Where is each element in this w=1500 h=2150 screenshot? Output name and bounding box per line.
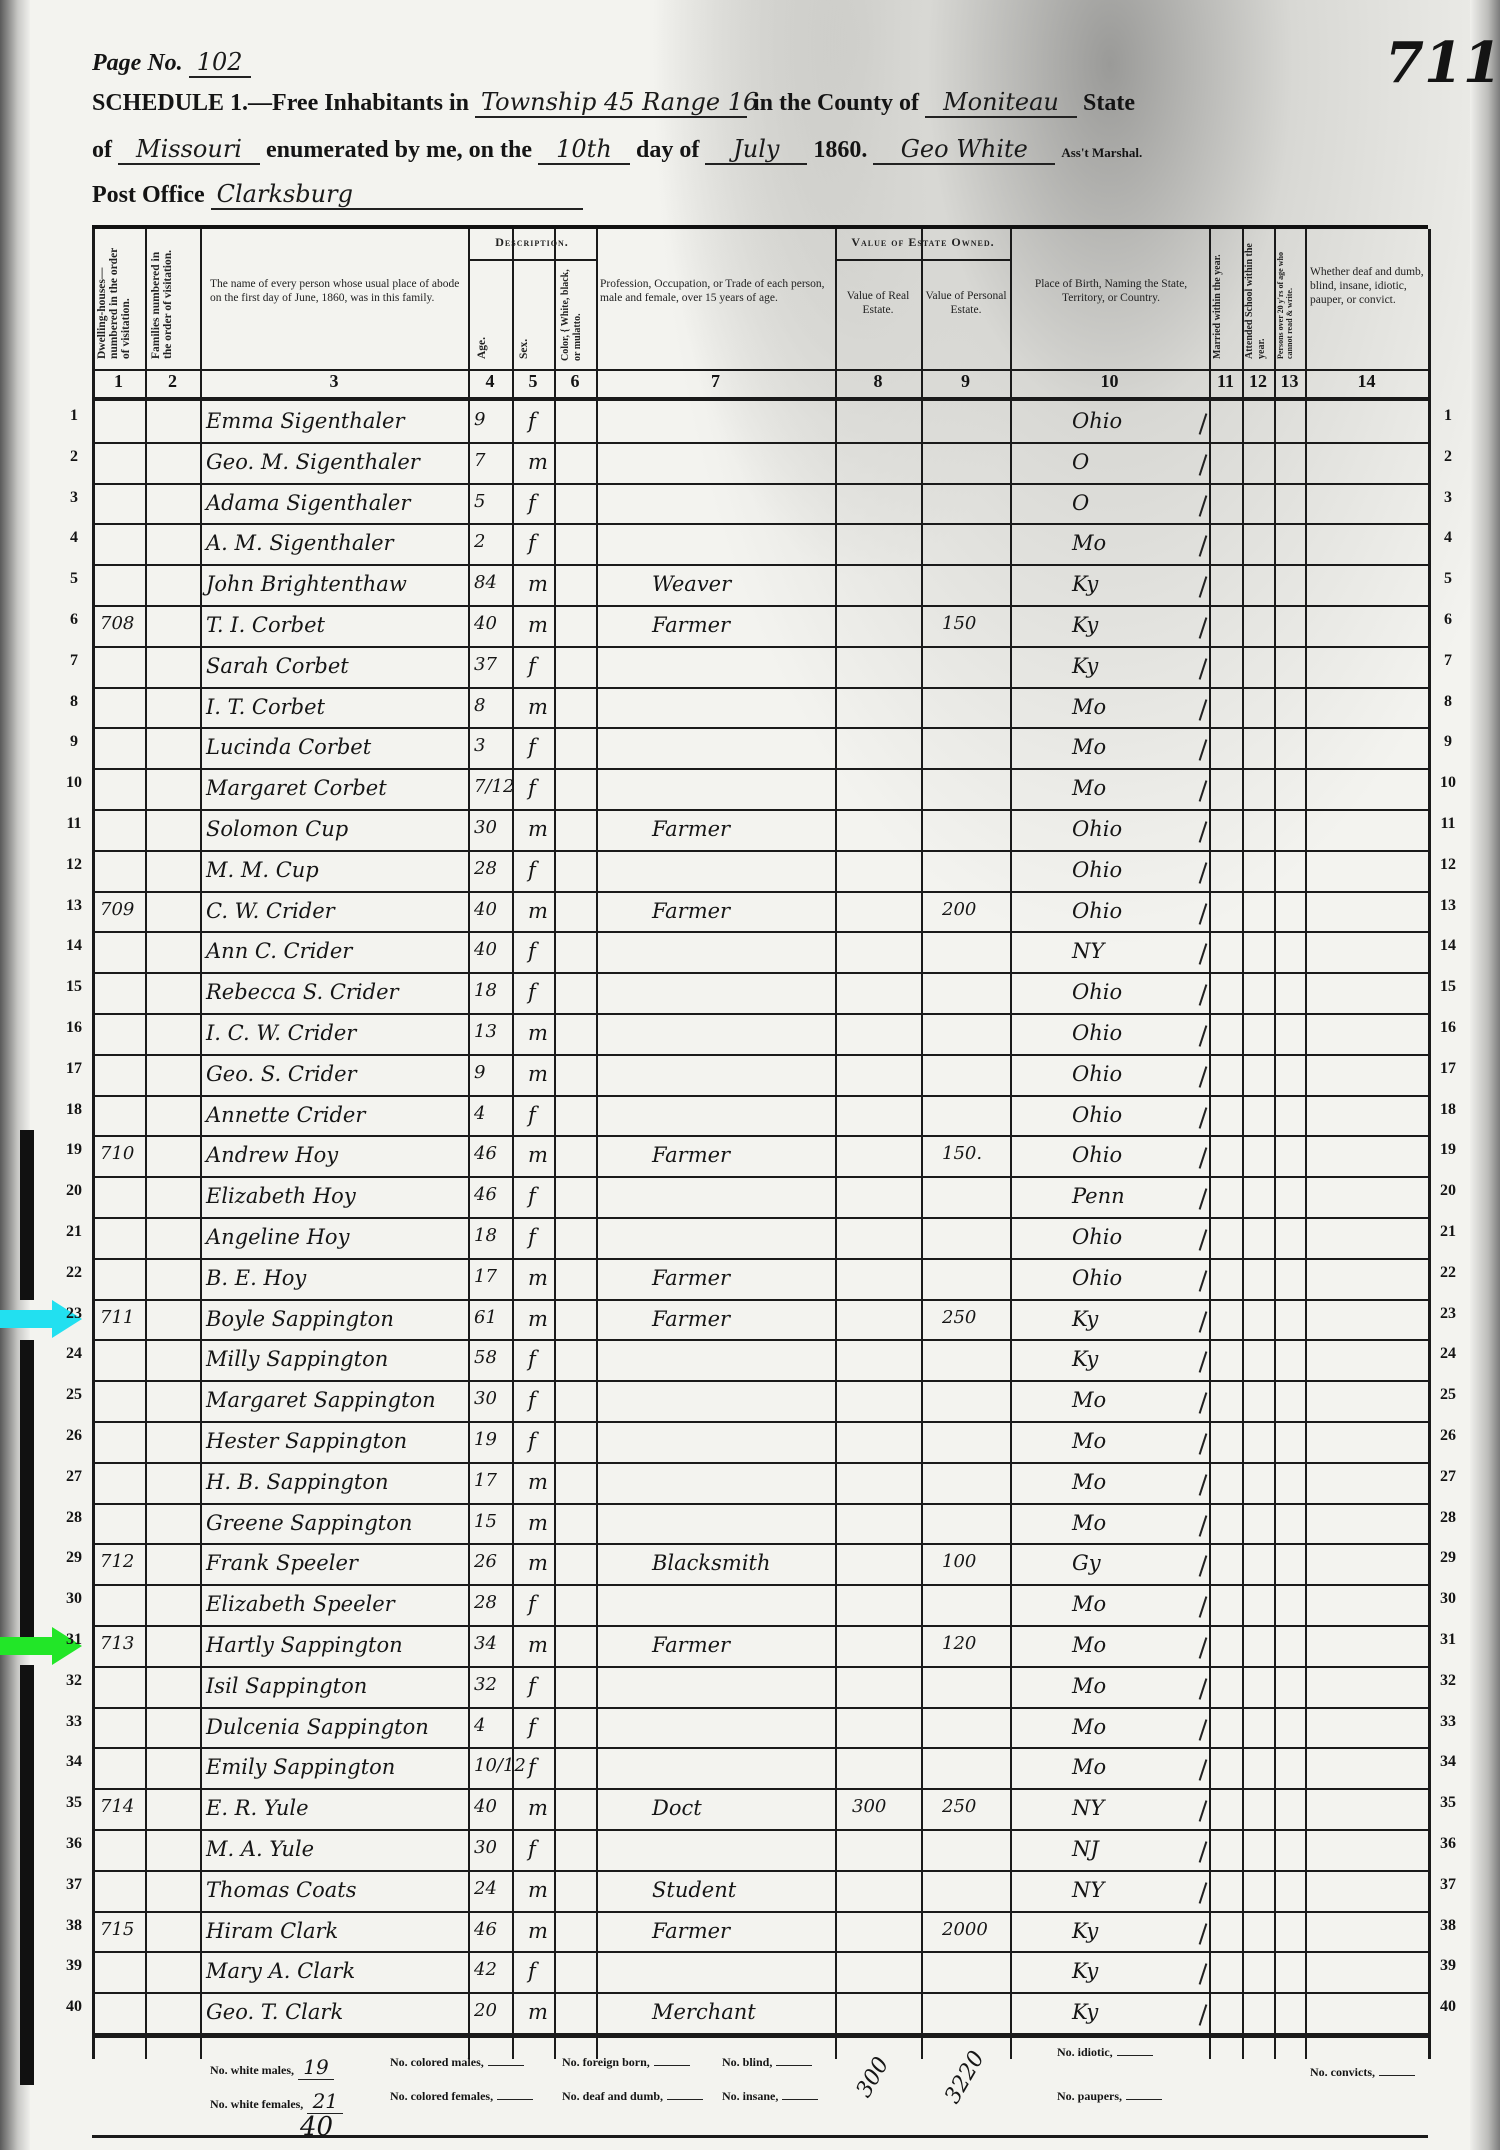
person-name: Angeline Hoy	[206, 1225, 349, 1249]
line-number-right: 4	[1432, 529, 1464, 547]
place-of-birth: Ky	[1072, 1959, 1098, 1983]
table-row: B. E. Hoy17mFarmerOhio	[92, 1258, 1428, 1299]
person-name: Lucinda Corbet	[206, 735, 371, 759]
tally-mark	[1199, 943, 1208, 965]
person-name: Geo. M. Sigenthaler	[206, 450, 420, 474]
place-of-birth: Mo	[1072, 1633, 1106, 1657]
post-office-field: Clarksburg	[211, 180, 583, 210]
enumerated-label: enumerated by me, on the	[266, 137, 532, 163]
col8-header: Value of Real Estate.	[837, 289, 919, 317]
line-number-right: 17	[1432, 1060, 1464, 1078]
foreign-born-value	[654, 2065, 690, 2066]
table-row: Lucinda Corbet3fMo	[92, 727, 1428, 768]
age: 7	[474, 450, 485, 471]
column-number: 6	[554, 371, 596, 392]
line-number-right: 23	[1432, 1305, 1464, 1323]
line-number-right: 39	[1432, 1957, 1464, 1975]
person-name: Boyle Sappington	[206, 1307, 394, 1331]
person-name: I. T. Corbet	[206, 695, 325, 719]
table-row: 713Hartly Sappington34mFarmer120Mo	[92, 1625, 1428, 1666]
tally-mark	[1199, 1229, 1208, 1251]
tally-mark	[1199, 984, 1208, 1006]
tally-mark	[1199, 699, 1208, 721]
table-row: Solomon Cup30mFarmerOhio	[92, 809, 1428, 850]
convicts-label: No. convicts,	[1310, 2065, 1375, 2079]
age: 30	[474, 1837, 497, 1858]
line-number-right: 29	[1432, 1549, 1464, 1567]
table-row: Ann C. Crider40fNY	[92, 931, 1428, 972]
line-number-left: 33	[58, 1713, 90, 1731]
bottom-tally: 40	[300, 2112, 333, 2142]
col4-header: Age.	[476, 311, 500, 359]
person-name: Isil Sappington	[206, 1674, 367, 1698]
sex: f	[528, 1429, 536, 1453]
line-number-right: 20	[1432, 1182, 1464, 1200]
line-number-right: 13	[1432, 897, 1464, 915]
foreign-born: No. foreign born,	[562, 2055, 690, 2070]
sex: f	[528, 1959, 536, 1983]
line-number-left: 19	[58, 1141, 90, 1159]
line-number-right: 9	[1432, 733, 1464, 751]
tally-mark	[1199, 1637, 1208, 1659]
corner-number: 711	[1385, 30, 1500, 96]
place-of-birth: Ohio	[1072, 1225, 1122, 1249]
place-of-birth: NY	[1072, 939, 1104, 963]
sex: f	[528, 531, 536, 555]
column-number: 2	[145, 371, 200, 392]
tally-mark	[1199, 1392, 1208, 1414]
line-number-left: 8	[58, 693, 90, 711]
person-name: Margaret Corbet	[206, 776, 387, 800]
line-number-right: 12	[1432, 856, 1464, 874]
line-number-left: 6	[58, 611, 90, 629]
line-number-left: 15	[58, 978, 90, 996]
col11-header: Married within the year.	[1212, 239, 1240, 359]
occupation: Blacksmith	[652, 1551, 771, 1575]
place-of-birth: O	[1072, 491, 1089, 515]
line-number-right: 21	[1432, 1223, 1464, 1241]
person-name: Hiram Clark	[206, 1919, 338, 1943]
place-of-birth: Ky	[1072, 613, 1098, 637]
line-number-left: 4	[58, 529, 90, 547]
place-of-birth: Mo	[1072, 735, 1106, 759]
table-row: Isil Sappington32fMo	[92, 1666, 1428, 1707]
person-name: Adama Sigenthaler	[206, 491, 410, 515]
sex: m	[528, 1919, 548, 1943]
person-name: H. B. Sappington	[206, 1470, 389, 1494]
person-name: Emma Sigenthaler	[206, 409, 405, 433]
age: 24	[474, 1878, 497, 1899]
sex: f	[528, 1103, 536, 1127]
person-name: Geo. S. Crider	[206, 1062, 357, 1086]
sex: f	[528, 939, 536, 963]
column-number: 14	[1305, 371, 1428, 392]
sex: f	[528, 980, 536, 1004]
page-label: Page No.	[92, 50, 183, 76]
line-number-right: 14	[1432, 937, 1464, 955]
sex: f	[528, 735, 536, 759]
age: 30	[474, 1388, 497, 1409]
age: 9	[474, 1062, 485, 1083]
occupation: Merchant	[652, 2000, 756, 2024]
line-number-left: 34	[58, 1753, 90, 1771]
person-name: T. I. Corbet	[206, 613, 325, 637]
table-row: Adama Sigenthaler5fO	[92, 483, 1428, 524]
occupation: Weaver	[652, 572, 731, 596]
sex: f	[528, 1755, 536, 1779]
state-field: Missouri	[118, 135, 260, 165]
line-number-right: 16	[1432, 1019, 1464, 1037]
table-row: Hester Sappington19fMo	[92, 1421, 1428, 1462]
age: 7/12	[474, 776, 514, 797]
line-number-right: 3	[1432, 489, 1464, 507]
person-name: Dulcenia Sappington	[206, 1715, 429, 1739]
person-name: E. R. Yule	[206, 1796, 309, 1820]
line-number-right: 5	[1432, 570, 1464, 588]
age: 40	[474, 613, 497, 634]
real-estate-value: 300	[852, 1796, 886, 1817]
line-number-right: 18	[1432, 1101, 1464, 1119]
tally-mark	[1199, 1025, 1208, 1047]
schedule-line-1: SCHEDULE 1.—Free Inhabitants in Township…	[92, 88, 1135, 118]
tally-mark	[1199, 535, 1208, 557]
sex: m	[528, 1062, 548, 1086]
tally-mark	[1199, 495, 1208, 517]
line-number-left: 30	[58, 1590, 90, 1608]
col6-header: Color, { White, black, or mulatto.	[560, 265, 596, 361]
place-of-birth: Ky	[1072, 1347, 1098, 1371]
column-number: 1	[92, 371, 145, 392]
person-name: Margaret Sappington	[206, 1388, 436, 1412]
line-number-right: 38	[1432, 1917, 1464, 1935]
line-number-left: 10	[58, 774, 90, 792]
sex: m	[528, 2000, 548, 2024]
white-males-value: 19	[298, 2055, 334, 2080]
place-of-birth: Mo	[1072, 1388, 1106, 1412]
line-number-left: 20	[58, 1182, 90, 1200]
col1-header: Dwelling-houses— numbered in the order o…	[96, 239, 144, 359]
line-number-left: 22	[58, 1264, 90, 1282]
personal-estate-value: 250	[942, 1796, 976, 1817]
tally-mark	[1199, 1188, 1208, 1210]
age: 28	[474, 858, 497, 879]
line-number-right: 25	[1432, 1386, 1464, 1404]
person-name: Annette Crider	[206, 1103, 365, 1127]
line-number-right: 19	[1432, 1141, 1464, 1159]
colored-males: No. colored males,	[390, 2055, 524, 2070]
margin-bar	[20, 1665, 34, 2085]
paupers-label: No. paupers,	[1057, 2089, 1122, 2103]
line-number-right: 24	[1432, 1345, 1464, 1363]
sex: m	[528, 1307, 548, 1331]
col10-header: Place of Birth, Naming the State, Territ…	[1014, 277, 1208, 305]
line-number-right: 11	[1432, 815, 1464, 833]
place-of-birth: Ky	[1072, 572, 1098, 596]
tally-mark	[1199, 1923, 1208, 1945]
age: 10/12	[474, 1755, 526, 1776]
personal-estate-value: 150.	[942, 1143, 982, 1164]
tally-mark	[1199, 617, 1208, 639]
line-number-right: 40	[1432, 1998, 1464, 2016]
place-of-birth: Ky	[1072, 2000, 1098, 2024]
paupers-value	[1126, 2099, 1162, 2100]
tally-mark	[1199, 862, 1208, 884]
convicts-value	[1379, 2075, 1415, 2076]
place-of-birth: Mo	[1072, 1470, 1106, 1494]
age: 28	[474, 1592, 497, 1613]
age: 42	[474, 1959, 497, 1980]
person-name: Milly Sappington	[206, 1347, 388, 1371]
table-row: Mary A. Clark42fKy	[92, 1951, 1428, 1992]
table-row: Thomas Coats24mStudentNY	[92, 1870, 1428, 1911]
dwelling-number: 711	[100, 1307, 134, 1328]
col12-header: Attended School within the year.	[1244, 239, 1272, 359]
table-row: 712Frank Speeler26mBlacksmith100Gy	[92, 1543, 1428, 1584]
colored-males-value	[488, 2065, 524, 2066]
line-number-left: 12	[58, 856, 90, 874]
place-of-birth: Ohio	[1072, 1062, 1122, 1086]
line-number-left: 5	[58, 570, 90, 588]
tally-mark	[1199, 576, 1208, 598]
sex: m	[528, 572, 548, 596]
sex: m	[528, 1021, 548, 1045]
table-row: M. M. Cup28fOhio	[92, 850, 1428, 891]
person-name: Elizabeth Speeler	[206, 1592, 395, 1616]
table-row: M. A. Yule30fNJ	[92, 1829, 1428, 1870]
column-number: 4	[468, 371, 512, 392]
occupation: Farmer	[652, 1307, 730, 1331]
sex: f	[528, 1388, 536, 1412]
line-number-right: 30	[1432, 1590, 1464, 1608]
tally-mark	[1199, 1270, 1208, 1292]
sex: m	[528, 1633, 548, 1657]
occupation: Farmer	[652, 817, 730, 841]
tally-mark	[1199, 1107, 1208, 1129]
line-number-right: 22	[1432, 1264, 1464, 1282]
tally-mark	[1199, 1433, 1208, 1455]
of-label: of	[92, 137, 112, 163]
right-scan-margin	[1470, 0, 1500, 2150]
table-bottom-rule	[92, 2135, 1428, 2138]
blind-label: No. blind,	[722, 2055, 772, 2069]
age: 61	[474, 1307, 497, 1328]
table-row: A. M. Sigenthaler2fMo	[92, 523, 1428, 564]
place-of-birth: Ky	[1072, 654, 1098, 678]
marshal-field: Geo White	[873, 135, 1055, 165]
line-number-left: 40	[58, 1998, 90, 2016]
person-name: M. A. Yule	[206, 1837, 314, 1861]
sex: m	[528, 1796, 548, 1820]
table-row: Margaret Corbet7/12fMo	[92, 768, 1428, 809]
table-row: 708T. I. Corbet40mFarmer150Ky	[92, 605, 1428, 646]
person-name: I. C. W. Crider	[206, 1021, 356, 1045]
place-of-birth: Ohio	[1072, 980, 1122, 1004]
line-number-left: 16	[58, 1019, 90, 1037]
col7-header: Profession, Occupation, or Trade of each…	[600, 277, 835, 305]
sex: m	[528, 1143, 548, 1167]
white-females-value: 21	[307, 2089, 343, 2114]
table-row: Greene Sappington15mMo	[92, 1503, 1428, 1544]
occupation: Student	[652, 1878, 736, 1902]
table-row: Geo. S. Crider9mOhio	[92, 1054, 1428, 1095]
line-number-left: 11	[58, 815, 90, 833]
group-rule	[468, 259, 596, 261]
sex: m	[528, 1470, 548, 1494]
place-of-birth: O	[1072, 450, 1089, 474]
schedule-title: SCHEDULE 1.—Free Inhabitants in	[92, 90, 469, 116]
line-number-right: 36	[1432, 1835, 1464, 1853]
tally-mark	[1199, 1719, 1208, 1741]
line-number-left: 29	[58, 1549, 90, 1567]
place-of-birth: Mo	[1072, 1715, 1106, 1739]
line-number-left: 21	[58, 1223, 90, 1241]
table-row: Annette Crider4fOhio	[92, 1095, 1428, 1136]
line-number-left: 31	[58, 1631, 90, 1649]
sex: f	[528, 1592, 536, 1616]
idiotic-label: No. idiotic,	[1057, 2045, 1113, 2059]
margin-bar	[20, 1340, 34, 1650]
person-name: Frank Speeler	[206, 1551, 358, 1575]
line-number-right: 10	[1432, 774, 1464, 792]
line-number-left: 28	[58, 1509, 90, 1527]
marshal-label: Ass't Marshal.	[1061, 145, 1142, 160]
place-of-birth: Ky	[1072, 1919, 1098, 1943]
white-males: No. white males,19	[210, 2055, 334, 2080]
township-field: Township 45 Range 16	[475, 88, 747, 118]
dwelling-number: 710	[100, 1143, 134, 1164]
column-number: 12	[1242, 371, 1274, 392]
age: 46	[474, 1143, 497, 1164]
sex: m	[528, 1511, 548, 1535]
sex: f	[528, 1347, 536, 1371]
occupation: Doct	[652, 1796, 702, 1820]
col2-header: Families numbered in the order of visita…	[150, 239, 198, 359]
line-number-left: 17	[58, 1060, 90, 1078]
foreign-born-label: No. foreign born,	[562, 2055, 650, 2069]
line-number-right: 1	[1432, 407, 1464, 425]
white-females: No. white females,21	[210, 2089, 343, 2114]
age: 18	[474, 1225, 497, 1246]
line-number-right: 8	[1432, 693, 1464, 711]
month-field: July	[705, 135, 807, 165]
deaf-dumb: No. deaf and dumb,	[562, 2089, 703, 2104]
line-number-right: 32	[1432, 1672, 1464, 1690]
white-males-label: No. white males,	[210, 2063, 294, 2077]
person-name: Emily Sappington	[206, 1755, 395, 1779]
county-label: in the County of	[753, 90, 919, 116]
place-of-birth: Mo	[1072, 1429, 1106, 1453]
table-row: Emma Sigenthaler9fOhio	[92, 401, 1428, 442]
sex: f	[528, 1225, 536, 1249]
personal-estate-value: 100	[942, 1551, 976, 1572]
tally-mark	[1199, 1596, 1208, 1618]
estate-group-header: Value of Estate Owned.	[835, 235, 1011, 249]
line-number-left: 39	[58, 1957, 90, 1975]
line-number-left: 3	[58, 489, 90, 507]
occupation: Farmer	[652, 1266, 730, 1290]
page-number-value: 102	[189, 48, 251, 78]
day-of-label: day of	[636, 137, 699, 163]
place-of-birth: Mo	[1072, 1511, 1106, 1535]
line-number-left: 36	[58, 1835, 90, 1853]
place-of-birth: Ky	[1072, 1307, 1098, 1331]
person-name: C. W. Crider	[206, 899, 335, 923]
table-row: Rebecca S. Crider18fOhio	[92, 972, 1428, 1013]
personal-estate-value: 120	[942, 1633, 976, 1654]
idiotic: No. idiotic,	[1057, 2045, 1153, 2060]
tally-mark	[1199, 1147, 1208, 1169]
line-number-left: 9	[58, 733, 90, 751]
dwelling-number: 709	[100, 899, 134, 920]
line-number-left: 25	[58, 1386, 90, 1404]
paupers: No. paupers,	[1057, 2089, 1162, 2104]
age: 58	[474, 1347, 497, 1368]
line-number-right: 7	[1432, 652, 1464, 670]
col13-header: Persons over 20 y'rs of age who cannot r…	[1276, 239, 1304, 359]
tally-mark	[1199, 1759, 1208, 1781]
table-row: 709C. W. Crider40mFarmer200Ohio	[92, 891, 1428, 932]
schedule-line-2: of Missouri enumerated by me, on the 10t…	[92, 135, 1142, 165]
occupation: Farmer	[652, 1633, 730, 1657]
tally-mark	[1199, 2004, 1208, 2026]
person-name: B. E. Hoy	[206, 1266, 306, 1290]
place-of-birth: Ohio	[1072, 1021, 1122, 1045]
sex: f	[528, 1184, 536, 1208]
insane-label: No. insane,	[722, 2089, 778, 2103]
dwelling-number: 715	[100, 1919, 134, 1940]
occupation: Farmer	[652, 613, 730, 637]
column-number: 7	[596, 371, 835, 392]
table-row: Elizabeth Hoy46fPenn	[92, 1176, 1428, 1217]
age: 40	[474, 1796, 497, 1817]
age: 37	[474, 654, 497, 675]
age: 40	[474, 899, 497, 920]
place-of-birth: Mo	[1072, 776, 1106, 800]
table-row: I. T. Corbet8mMo	[92, 687, 1428, 728]
person-name: Andrew Hoy	[206, 1143, 338, 1167]
place-of-birth: Mo	[1072, 695, 1106, 719]
column-rule	[1428, 229, 1431, 2059]
line-number-left: 24	[58, 1345, 90, 1363]
place-of-birth: Ohio	[1072, 1103, 1122, 1127]
person-name: M. M. Cup	[206, 858, 319, 882]
age: 20	[474, 2000, 497, 2021]
line-number-right: 34	[1432, 1753, 1464, 1771]
col14-header: Whether deaf and dumb, blind, insane, id…	[1310, 265, 1424, 307]
place-of-birth: NJ	[1072, 1837, 1099, 1861]
age: 3	[474, 735, 485, 756]
age: 32	[474, 1674, 497, 1695]
tally-mark	[1199, 780, 1208, 802]
table-row: Milly Sappington58fKy	[92, 1339, 1428, 1380]
table-row: Sarah Corbet37fKy	[92, 646, 1428, 687]
table-row: Margaret Sappington30fMo	[92, 1380, 1428, 1421]
sex: f	[528, 858, 536, 882]
page-number: Page No. 102	[92, 48, 251, 78]
occupation: Farmer	[652, 1919, 730, 1943]
sex: f	[528, 1674, 536, 1698]
dwelling-number: 713	[100, 1633, 134, 1654]
line-number-left: 35	[58, 1794, 90, 1812]
place-of-birth: Mo	[1072, 1674, 1106, 1698]
tally-mark	[1199, 1882, 1208, 1904]
personal-estate-value: 250	[942, 1307, 976, 1328]
tally-mark	[1199, 1963, 1208, 1985]
table-row: 711Boyle Sappington61mFarmer250Ky	[92, 1299, 1428, 1340]
tally-mark	[1199, 1474, 1208, 1496]
line-number-right: 27	[1432, 1468, 1464, 1486]
table-row: 714E. R. Yule40mDoct300250NY	[92, 1788, 1428, 1829]
